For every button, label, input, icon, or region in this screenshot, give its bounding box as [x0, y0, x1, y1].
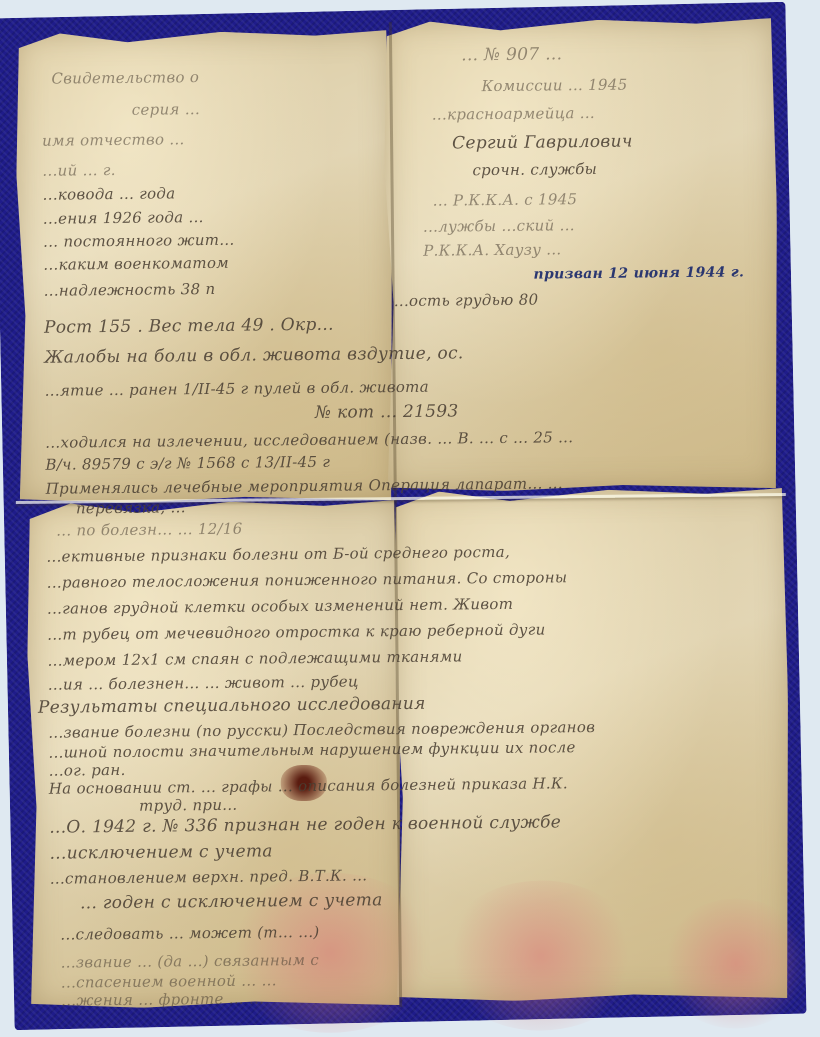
handwritten-line: ...ость грудью 80: [394, 291, 539, 311]
handwritten-line: ...ог. ран.: [49, 761, 126, 780]
handwritten-line: ...ективные признаки болезни от Б-ой сре…: [46, 543, 510, 566]
handwritten-line: ...каким военкоматом: [43, 254, 229, 274]
handwritten-line: ...т рубец от мечевидного отростка к кра…: [47, 620, 546, 643]
handwritten-line: Сергий Гаврилович: [452, 132, 633, 154]
stamp-conscription-date: призван 12 июня 1944 г.: [533, 264, 744, 282]
handwritten-line: № кот ... 21593: [315, 401, 459, 423]
handwritten-line: Применялись лечебные мероприятия Операци…: [46, 474, 563, 497]
handwritten-line: ...красноармейца ...: [432, 104, 595, 124]
handwritten-line: ...ходился на излечении, исследованием (…: [45, 428, 573, 452]
handwritten-line: срочн. службы: [472, 160, 597, 179]
handwritten-line: ...ганов грудной клетки особых изменений…: [47, 595, 513, 618]
handwritten-line: ... постоянного жит...: [43, 231, 235, 251]
handwritten-line: ...спасением военной ... ...: [61, 971, 277, 991]
handwritten-line: ... годен с исключением с учета: [80, 890, 383, 913]
handwritten-line: ...следовать ... может (т... ...): [60, 923, 319, 944]
handwritten-line: ...ятие ... ранен 1/II-45 г пулей в обл.…: [45, 378, 429, 400]
handwritten-line: Р.К.К.А. Хаузу ...: [423, 240, 561, 259]
handwritten-line: Результаты специального исследования: [38, 694, 426, 718]
handwritten-line: ...становлением верхн. пред. В.Т.К. ...: [50, 866, 368, 887]
handwritten-line: имя отчество ...: [42, 130, 185, 149]
handwritten-line: ... по болезн... ... 12/16: [56, 520, 243, 540]
handwritten-line: В/ч. 89579 с э/г № 1568 с 13/II-45 г: [45, 453, 330, 474]
handwritten-line: ...звание ... (да ...) связанным с: [61, 951, 320, 972]
handwritten-line: ...лужбы ...ский ...: [423, 216, 575, 236]
document-sheet: Свидетельство о серия ... имя отчество .…: [11, 18, 791, 1011]
handwritten-line: ...мером 12x1 см спаян с подлежащими тка…: [47, 647, 462, 669]
handwritten-line: ...исключением с учета: [49, 841, 272, 863]
handwritten-line: ... № 907 ...: [461, 44, 562, 65]
handwritten-line: ...ий ... г.: [42, 161, 116, 180]
handwritten-line: Жалобы на боли в обл. живота вздутие, ос…: [44, 343, 463, 367]
handwritten-line: ...надлежность 38 п: [44, 280, 216, 300]
handwritten-line: серия ...: [132, 100, 200, 119]
handwritten-line: ...ковода ... года: [43, 184, 176, 203]
handwritten-line: ...О. 1942 г. № 336 признан не годен к в…: [49, 812, 561, 837]
handwritten-line: ...ения 1926 года ...: [43, 208, 204, 228]
handwritten-line: ...шной полости значительным нарушением …: [48, 738, 575, 762]
handwritten-line: Свидетельство о: [51, 68, 199, 88]
handwritten-line: ... Р.К.К.А. с 1945: [433, 190, 578, 210]
handwritten-line: перевязка, ...: [76, 498, 186, 517]
handwritten-line: ...ия ... болезнен... ... живот ... рубе…: [48, 672, 359, 693]
handwritten-line: На основании ст. ... графы ... описания …: [49, 774, 568, 797]
handwritten-line: Комиссии ... 1945: [481, 76, 627, 96]
handwritten-line: Рост 155 . Вес тела 49 . Окр...: [44, 315, 334, 338]
handwritten-text: Свидетельство о серия ... имя отчество .…: [11, 18, 791, 1011]
handwritten-line: ...равного телосложения пониженного пита…: [47, 568, 568, 591]
handwritten-line: труд. при...: [139, 796, 238, 815]
handwritten-line: ...жения ... фронте ... ...: [61, 989, 264, 1009]
